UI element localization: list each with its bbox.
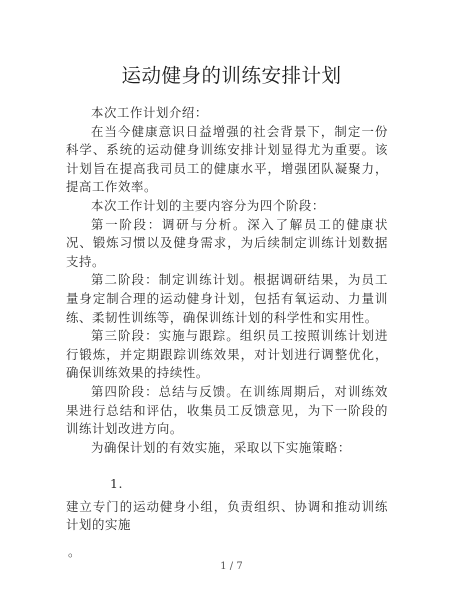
document-body: 本次工作计划介绍： 在当今健康意识日益增强的社会背景下，制定一份科学、系统的运动… xyxy=(66,104,388,562)
paragraph-stage-2: 第二阶段：制定训练计划。根据调研结果，为员工量身定制合理的运动健身计划，包括有氧… xyxy=(66,271,388,327)
document-title: 运动健身的训练安排计划 xyxy=(0,62,463,90)
paragraph-intro-heading: 本次工作计划介绍： xyxy=(66,104,388,123)
list-item-tail: 。 xyxy=(66,543,388,562)
paragraph-stage-3: 第三阶段：实施与跟踪。组织员工按照训练计划进行锻炼，并定期跟踪训练效果，对计划进… xyxy=(66,327,388,383)
paragraph-strategy-heading: 为确保计划的有效实施，采取以下实施策略： xyxy=(66,439,388,458)
document-page: 运动健身的训练安排计划 本次工作计划介绍： 在当今健康意识日益增强的社会背景下，… xyxy=(0,0,463,600)
list-item-number: 1. xyxy=(66,475,388,494)
paragraph-stages-heading: 本次工作计划的主要内容分为四个阶段： xyxy=(66,197,388,216)
paragraph-stage-1: 第一阶段：调研与分析。深入了解员工的健康状况、锻炼习惯以及健身需求，为后续制定训… xyxy=(66,216,388,272)
page-number: 1 / 7 xyxy=(0,561,463,572)
paragraph-background: 在当今健康意识日益增强的社会背景下，制定一份科学、系统的运动健身训练安排计划显得… xyxy=(66,123,388,197)
list-item-text: 建立专门的运动健身小组，负责组织、协调和推动训练计划的实施 xyxy=(66,498,388,535)
paragraph-stage-4: 第四阶段：总结与反馈。在训练周期后，对训练效果进行总结和评估，收集员工反馈意见，… xyxy=(66,383,388,439)
